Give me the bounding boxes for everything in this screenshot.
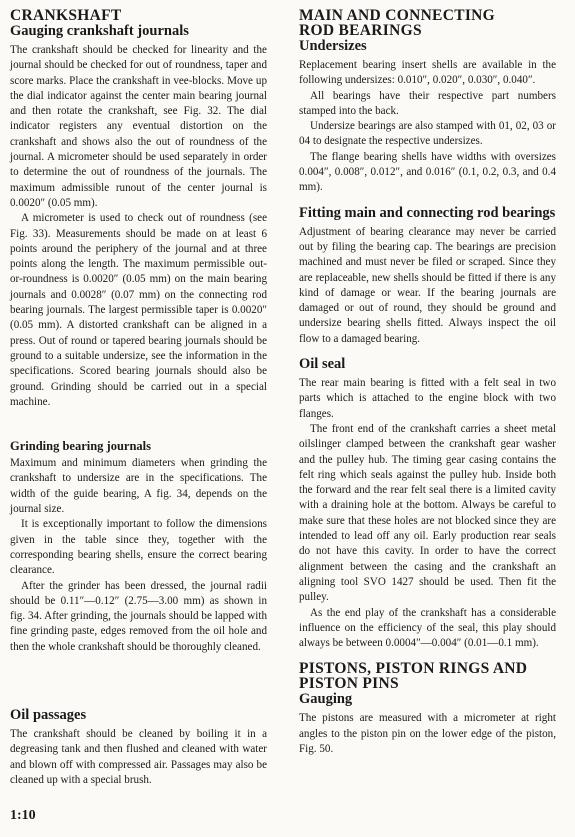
paragraph: The rear main bearing is fitted with a f… bbox=[299, 376, 556, 422]
paragraph: The pistons are measured with a micromet… bbox=[299, 711, 556, 757]
heading-gauging-pistons: Gauging bbox=[299, 691, 556, 708]
paragraph: Replacement bearing insert shells are av… bbox=[299, 58, 556, 89]
heading-oil-seal: Oil seal bbox=[299, 356, 556, 373]
paragraph: A micrometer is used to check out of rou… bbox=[10, 211, 267, 410]
heading-oil-passages: Oil passages bbox=[10, 707, 267, 724]
paragraph: The flange bearing shells have widths wi… bbox=[299, 150, 556, 196]
heading-grinding-bearing-journals: Grinding bearing journals bbox=[10, 438, 267, 454]
paragraph: It is exceptionally important to follow … bbox=[10, 517, 267, 578]
page-number: 1:10 bbox=[10, 808, 36, 824]
section-title-main-bearings-line2: ROD BEARINGS bbox=[299, 23, 556, 38]
left-column: CRANKSHAFT Gauging crankshaft journals T… bbox=[10, 8, 267, 788]
section-title-pistons-line2: PISTON PINS bbox=[299, 676, 556, 691]
paragraph: As the end play of the crankshaft has a … bbox=[299, 606, 556, 652]
paragraph: The crankshaft should be checked for lin… bbox=[10, 43, 267, 211]
section-title-pistons-line1: PISTONS, PISTON RINGS AND bbox=[299, 661, 556, 676]
paragraph: After the grinder has been dressed, the … bbox=[10, 579, 267, 655]
section-title-main-bearings-line1: MAIN AND CONNECTING bbox=[299, 8, 556, 23]
heading-fitting-bearings: Fitting main and connecting rod bearings bbox=[299, 205, 556, 222]
heading-gauging-crankshaft-journals: Gauging crankshaft journals bbox=[10, 23, 267, 40]
right-column: MAIN AND CONNECTING ROD BEARINGS Undersi… bbox=[299, 8, 556, 757]
paragraph: The crankshaft should be cleaned by boil… bbox=[10, 727, 267, 788]
paragraph: Maximum and minimum diameters when grind… bbox=[10, 456, 267, 517]
paragraph: The front end of the crankshaft carries … bbox=[299, 422, 556, 606]
paragraph: Undersize bearings are also stamped with… bbox=[299, 119, 556, 150]
manual-page: CRANKSHAFT Gauging crankshaft journals T… bbox=[0, 0, 575, 837]
section-title-crankshaft: CRANKSHAFT bbox=[10, 8, 267, 23]
heading-undersizes: Undersizes bbox=[299, 38, 556, 55]
paragraph: Adjustment of bearing clearance may neve… bbox=[299, 225, 556, 347]
paragraph: All bearings have their respective part … bbox=[299, 89, 556, 120]
